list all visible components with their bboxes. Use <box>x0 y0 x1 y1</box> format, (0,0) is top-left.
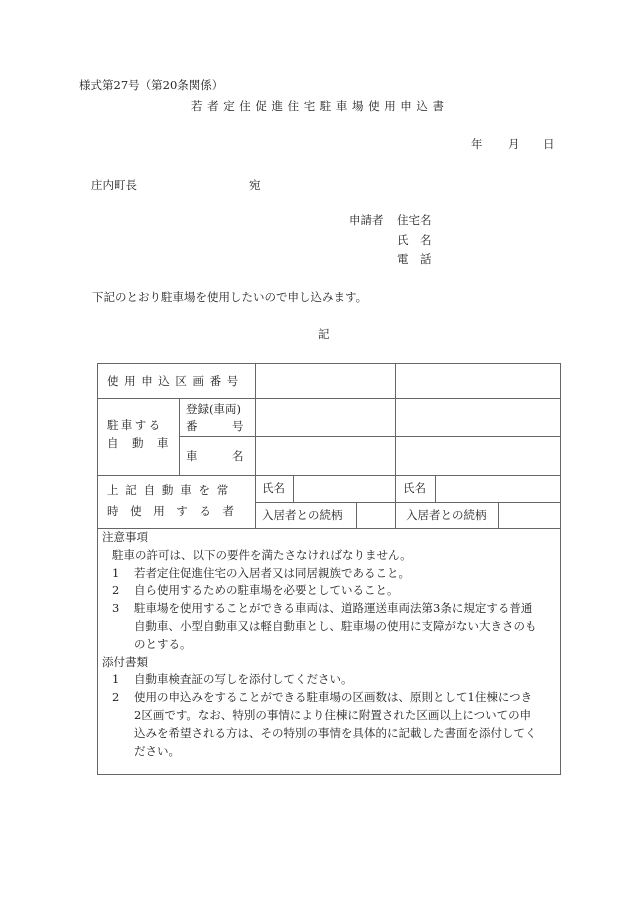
vehicle-label-1: 駐車する <box>107 420 163 432</box>
relation-label-1: 入居者との続柄 <box>262 510 343 522</box>
registration-number-input-2[interactable] <box>396 399 560 436</box>
section-number-input-2[interactable] <box>396 364 560 398</box>
notes-intro: 駐車の許可は、以下の要件を満たさなければなりません。 <box>98 547 560 565</box>
applicant-label: 申請者 <box>349 215 384 227</box>
user-label-2: 時使用する者 <box>107 506 246 518</box>
notes-item-1: 1若者定住促進住宅の入居者又は同居親族であること。 <box>98 565 560 583</box>
ki-label: 記 <box>318 329 330 341</box>
notes-section: 注意事項 駐車の許可は、以下の要件を満たさなければなりません。 1若者定住促進住… <box>98 529 560 760</box>
notes-item-2: 2自ら使用するための駐車場を必要としていること。 <box>98 582 560 600</box>
user-name-input-2[interactable] <box>436 476 560 502</box>
notes-item-3: 3駐車場を使用することができる車両は、道路運送車両法第3条に規定する普通 <box>98 600 560 618</box>
car-name-input-2[interactable] <box>396 437 560 475</box>
addressee-name: 庄内町長 <box>91 180 137 192</box>
form-number: 様式第27号（第20条関係） <box>79 80 223 92</box>
car-name-input[interactable] <box>256 437 395 475</box>
registration-number-input[interactable] <box>256 399 395 436</box>
application-table: 使用申込区画番号 駐車する 自 動 車 登録(車両) 番 号 車 名 上記自動車… <box>97 363 561 775</box>
registration-label-2: 番 号 <box>186 421 244 433</box>
notes-item-3-line-2: 自動車、小型自動車又は軽自動車とし、駐車場の使用に支障がない大きさのも <box>98 618 560 636</box>
date-day-label: 日 <box>543 139 555 151</box>
attachments-item-2-line-3: 込みを希望される方は、その特別の事情を具体的に記載した書面を添付してく <box>98 725 560 743</box>
applicant-phone-field: 電 話 <box>397 254 432 266</box>
car-name-label: 車 名 <box>186 451 244 463</box>
attachments-item-2: 2使用の申込みをすることができる駐車場の区画数は、原則として1住棟につき <box>98 689 560 707</box>
notes-item-3-line-3: のとする。 <box>98 636 560 654</box>
addressee-suffix: 宛 <box>249 180 261 192</box>
registration-label-1: 登録(車両) <box>186 404 241 416</box>
section-number-label: 使用申込区画番号 <box>107 376 244 388</box>
date-month-label: 月 <box>508 139 520 151</box>
attachments-heading: 添付書類 <box>98 654 560 672</box>
attachments-item-2-line-4: ださい。 <box>98 743 560 761</box>
page-title: 若者定住促進住宅駐車場使用申込書 <box>191 101 449 113</box>
vehicle-label-2: 自 動 車 <box>107 438 170 450</box>
relation-input-2[interactable] <box>499 503 560 528</box>
user-name-label-2: 氏名 <box>403 483 426 495</box>
section-number-input[interactable] <box>256 364 395 398</box>
intro-text: 下記のとおり駐車場を使用したいので申し込みます。 <box>92 292 367 304</box>
applicant-housing-field: 住宅名 <box>397 215 432 227</box>
relation-label-2: 入居者との続柄 <box>406 510 487 522</box>
user-name-label-1: 氏名 <box>262 483 285 495</box>
relation-input-1[interactable] <box>357 503 395 528</box>
user-label-1: 上記自動車を常 <box>107 485 235 497</box>
attachments-item-2-line-2: 2区画です。なお、特別の事情により住棟に附置された区画以上についての申 <box>98 707 560 725</box>
date-year-label: 年 <box>471 139 483 151</box>
notes-heading: 注意事項 <box>98 529 560 547</box>
applicant-name-field: 氏 名 <box>397 235 432 247</box>
user-name-input-1[interactable] <box>294 476 395 502</box>
attachments-item-1: 1自動車検査証の写しを添付してください。 <box>98 671 560 689</box>
